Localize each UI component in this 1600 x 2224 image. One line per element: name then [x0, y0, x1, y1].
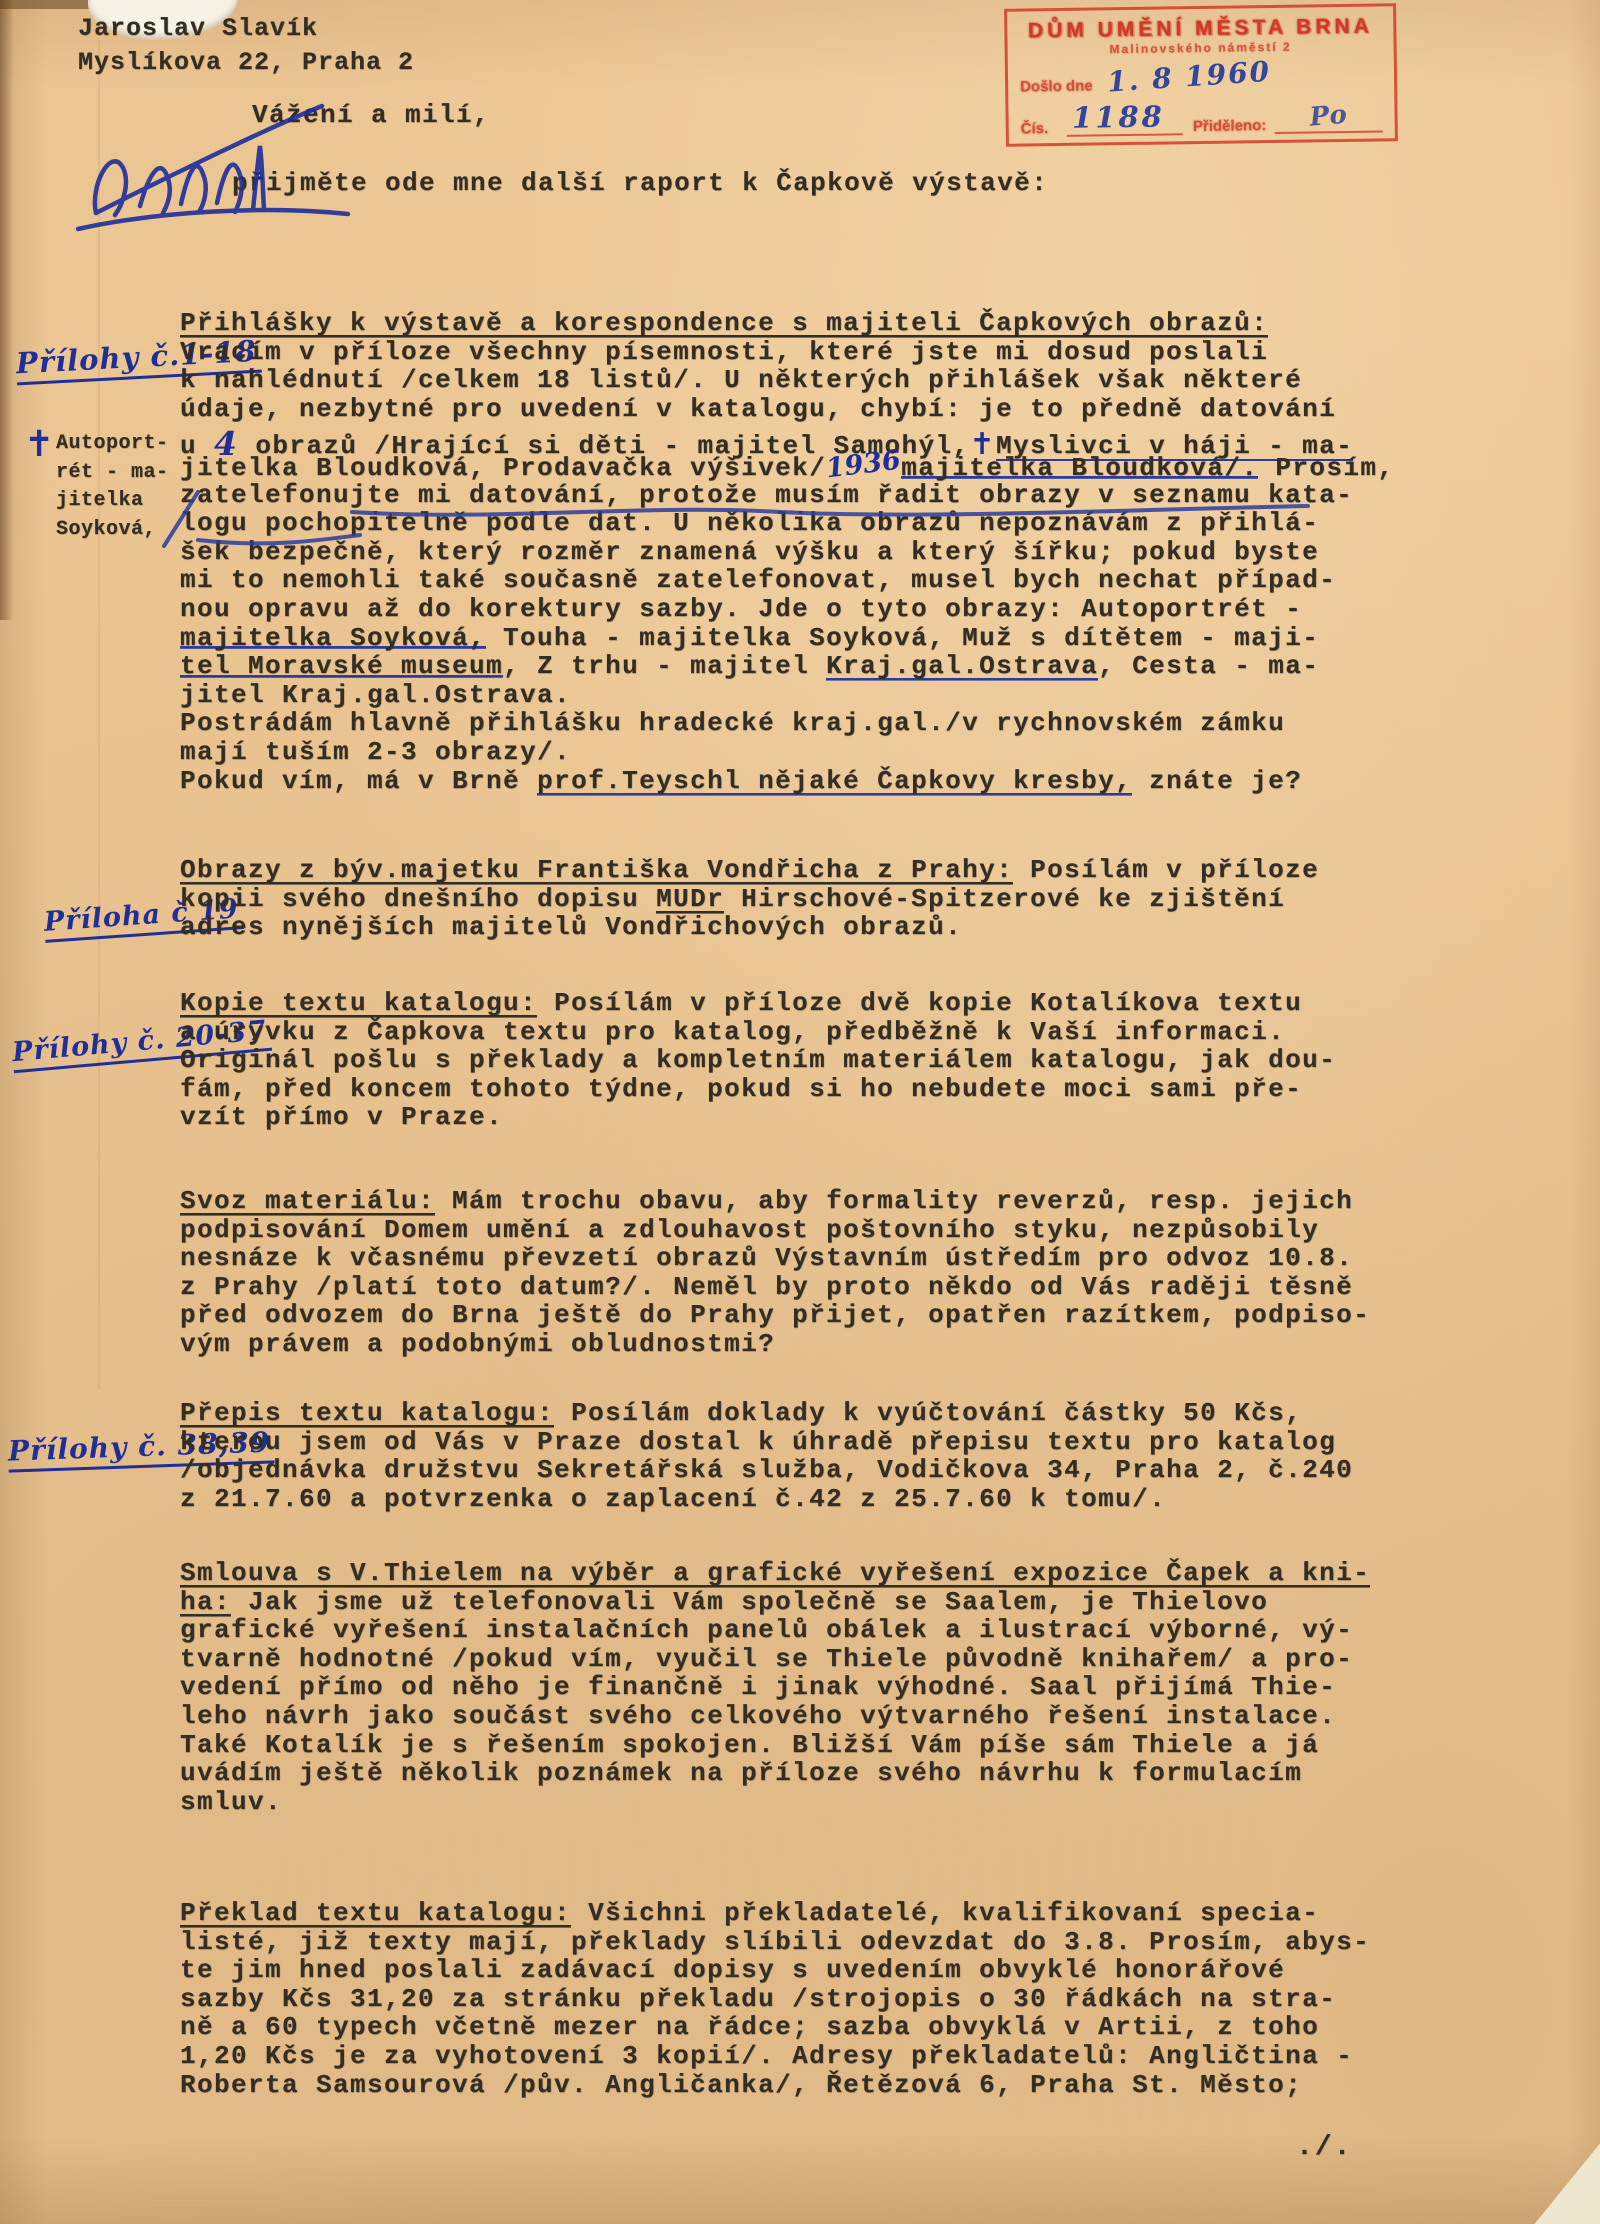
salutation: Vážení a milí, [252, 100, 490, 130]
received-stamp: DŮM UMĚNÍ MĚSTA BRNA Malinovského náměst… [1004, 3, 1398, 146]
typed-line: před odvozem do Brna ještě do Prahy přij… [180, 1300, 1470, 1329]
typed-line: jitelka Bloudková, Prodavačka výšivek/19… [180, 451, 1470, 480]
typed-line: mají tuším 2-3 obrazy/. [180, 737, 1470, 766]
paragraph-svoz-materialu: Svoz materiálu: Mám trochu obavu, aby fo… [180, 1186, 1470, 1358]
opening-line: přijměte ode mne další raport k Čapkově … [232, 168, 1048, 198]
paragraph-obrazy-vondrich: Obrazy z býv.majetku Františka Vondřicha… [180, 855, 1470, 941]
typed-line: 1,20 Kčs je za vyhotovení 3 kopií/. Adre… [180, 2041, 1470, 2070]
paragraph-preklad-textu: Překlad textu katalogu: Všichni překlada… [180, 1898, 1470, 2098]
insert-cross-mark: ✝ [24, 424, 54, 465]
typed-line: Přepis textu katalogu: Posílám doklady k… [180, 1398, 1470, 1427]
typed-line: Postrádám hlavně přihlášku hradecké kraj… [180, 708, 1470, 737]
margin-typed-line: jitelka [56, 487, 169, 516]
typed-line: podpisování Domem umění a zdlouhavost po… [180, 1215, 1470, 1244]
typed-line: ha: Jak jsme už telefonovali Vám společn… [180, 1587, 1470, 1616]
typed-line: šek bezpečně, který rozměr znamená výšku… [180, 537, 1470, 566]
stamp-received-label: Došlo dne [1020, 78, 1093, 96]
paper-crease [98, 40, 100, 1390]
typed-line: Překlad textu katalogu: Všichni překlada… [180, 1898, 1470, 1927]
paragraph-prepis-textu: Přepis textu katalogu: Posílám doklady k… [180, 1398, 1470, 1512]
typed-line: kopii svého dnešního dopisu MUDr Hirscho… [180, 884, 1470, 913]
typed-line: tvarně hodnotné /pokud vím, vyučil se Th… [180, 1644, 1470, 1673]
typed-line: Vracím v příloze všechny písemnosti, kte… [180, 337, 1470, 366]
typed-line: nesnáze k včasnému převzetí obrazů Výsta… [180, 1243, 1470, 1272]
typed-line: zatelefonujte mi datování, protože musím… [180, 480, 1470, 509]
typed-line: vzít přímo v Praze. [180, 1102, 1470, 1131]
paragraph-smlouva-thiele: Smlouva s V.Thielem na výběr a grafické … [180, 1558, 1470, 1815]
paper-edge-left [0, 0, 14, 620]
stamp-assigned-label: Přiděleno: [1193, 117, 1267, 135]
typed-line: tel Moravské museum, Z trhu - majitel Kr… [180, 651, 1470, 680]
typed-line: kterou jsem od Vás v Praze dostal k úhra… [180, 1427, 1470, 1456]
typed-line: Přihlášky k výstavě a korespondence s ma… [180, 308, 1470, 337]
typed-line: majitelka Soyková, Touha - majitelka Soy… [180, 623, 1470, 652]
typed-line: grafické vyřešení instalačních panelů ob… [180, 1615, 1470, 1644]
sender-address: Myslíkova 22, Praha 2 [78, 46, 414, 80]
typed-line: vedení přímo od něho je finančně i jinak… [180, 1672, 1470, 1701]
typed-line: Svoz materiálu: Mám trochu obavu, aby fo… [180, 1186, 1470, 1215]
typed-line: nou opravu až do korektury sazby. Jde o … [180, 594, 1470, 623]
letter-page: Jaroslav Slavík Myslíkova 22, Praha 2 DŮ… [0, 0, 1600, 2224]
typed-line: údaje, nezbytné pro uvedení v katalogu, … [180, 394, 1470, 423]
margin-note-autoportret: Autoport-rét - ma-jitelkaSoyková, [56, 430, 169, 544]
typed-line: z Prahy /platí toto datum?/. Neměl by pr… [180, 1272, 1470, 1301]
typed-line: z 21.7.60 a potvrzenka o zaplacení č.42 … [180, 1484, 1470, 1513]
stamp-assigned-value: Po [1308, 100, 1349, 133]
margin-typed-line: Soyková, [56, 516, 169, 545]
typed-line: jitel Kraj.gal.Ostrava. [180, 680, 1470, 709]
typed-line: uvádím ještě několik poznámek na příloze… [180, 1758, 1470, 1787]
typed-line: k nahlédnutí /celkem 18 listů/. U někter… [180, 365, 1470, 394]
typed-line: leho návrh jako součást svého celkového … [180, 1701, 1470, 1730]
continuation-mark: ./. [1296, 2132, 1352, 2163]
typed-line: Kopie textu katalogu: Posílám v příloze … [180, 988, 1470, 1017]
typed-line: smluv. [180, 1787, 1470, 1816]
typed-line: Originál pošlu s překlady a kompletním m… [180, 1045, 1470, 1074]
stamp-received-date: 1. 8 1960 [1106, 55, 1272, 99]
paragraph-kopie-textu: Kopie textu katalogu: Posílám v příloze … [180, 988, 1470, 1131]
typed-line: fám, před koncem tohoto týdne, pokud si … [180, 1074, 1470, 1103]
typed-line: adres nynějších majitelů Vondřichových o… [180, 912, 1470, 941]
typed-line: Pokud vím, má v Brně prof.Teyschl nějaké… [180, 766, 1470, 795]
typed-line: te jim hned poslali zadávací dopisy s uv… [180, 1955, 1470, 1984]
sender-name: Jaroslav Slavík [78, 12, 414, 46]
typed-line: Roberta Samsourová /pův. Angličanka/, Ře… [180, 2070, 1470, 2099]
typed-line: mi to nemohli také současně zatelefonova… [180, 565, 1470, 594]
margin-typed-line: rét - ma- [56, 459, 169, 488]
typed-line: ně a 60 typech včetně mezer na řádce; sa… [180, 2012, 1470, 2041]
typed-line: vým právem a podobnými obludnostmi? [180, 1329, 1470, 1358]
sender-block: Jaroslav Slavík Myslíkova 22, Praha 2 [78, 12, 414, 80]
typed-line: a úryvku z Čapkova textu pro katalog, př… [180, 1017, 1470, 1046]
typed-line: logu pochopitelně podle dat. U několika … [180, 508, 1470, 537]
typed-line: /objednávka družstvu Sekretářská služba,… [180, 1455, 1470, 1484]
stamp-number-value: 1188 [1072, 100, 1165, 135]
margin-typed-line: Autoport- [56, 430, 169, 459]
typed-line: u 4 obrazů /Hrající si děti - majitel Sa… [180, 422, 1470, 451]
stamp-number-label: Čís. [1021, 120, 1049, 137]
paper-tear-bottom-right [1528, 2136, 1600, 2224]
typed-line: Obrazy z býv.majetku Františka Vondřicha… [180, 855, 1470, 884]
typed-line: Také Kotalík je s řešením spokojen. Bliž… [180, 1730, 1470, 1759]
typed-line: listé, již texty mají, překlady slíbili … [180, 1927, 1470, 1956]
typed-line: sazby Kčs 31,20 za stránku překladu /str… [180, 1984, 1470, 2013]
paragraph-prihlasky: Přihlášky k výstavě a korespondence s ma… [180, 308, 1470, 794]
typed-line: Smlouva s V.Thielem na výběr a grafické … [180, 1558, 1470, 1587]
